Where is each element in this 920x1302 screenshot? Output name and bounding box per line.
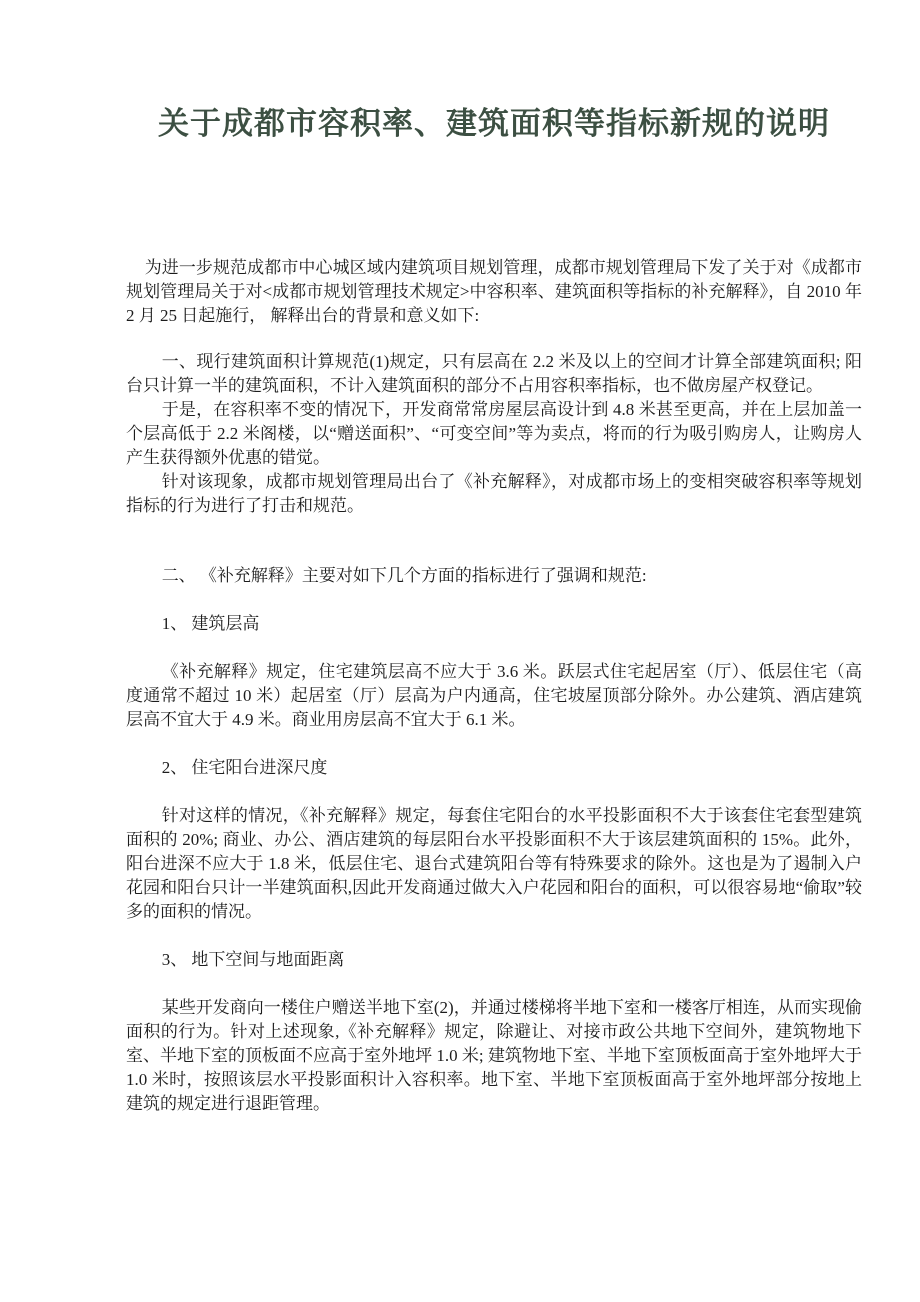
document-title: 关于成都市容积率、建筑面积等指标新规的说明	[126, 100, 862, 148]
item2-body: 针对这样的情况，《补充解释》规定，每套住宅阳台的水平投影面积不大于该套住宅套型建…	[126, 804, 862, 924]
paragraph-current-regulation: 一、现行建筑面积计算规范(1)规定，只有层高在 2.2 米及以上的空间才计算全部…	[126, 350, 862, 398]
item3-heading-underground-space: 3、 地下空间与地面距离	[126, 948, 862, 972]
document-page: 关于成都市容积率、建筑面积等指标新规的说明 为进一步规范成都市中心城区域内建筑项…	[0, 0, 920, 1302]
intro-paragraph: 为进一步规范成都市中心城区域内建筑项目规划管理，成都市规划管理局下发了关于对《成…	[126, 256, 862, 328]
item1-body: 《补充解释》规定，住宅建筑层高不应大于 3.6 米。跃层式住宅起居室（厅）、低层…	[126, 660, 862, 732]
item2-heading-balcony-depth: 2、 住宅阳台进深尺度	[126, 756, 862, 780]
item3-body: 某些开发商向一楼住户赠送半地下室(2)，并通过楼梯将半地下室和一楼客厅相连，从而…	[126, 996, 862, 1116]
paragraph-developer-practice: 于是，在容积率不变的情况下，开发商常常房屋层高设计到 4.8 米甚至更高，并在上…	[126, 398, 862, 470]
item1-heading-building-storey-height: 1、 建筑层高	[126, 612, 862, 636]
paragraph-regulation-response: 针对该现象，成都市规划管理局出台了《补充解释》，对成都市场上的变相突破容积率等规…	[126, 470, 862, 518]
document-body: 为进一步规范成都市中心城区域内建筑项目规划管理，成都市规划管理局下发了关于对《成…	[126, 256, 862, 1116]
section2-heading: 二、 《补充解释》主要对如下几个方面的指标进行了强调和规范:	[126, 564, 862, 588]
